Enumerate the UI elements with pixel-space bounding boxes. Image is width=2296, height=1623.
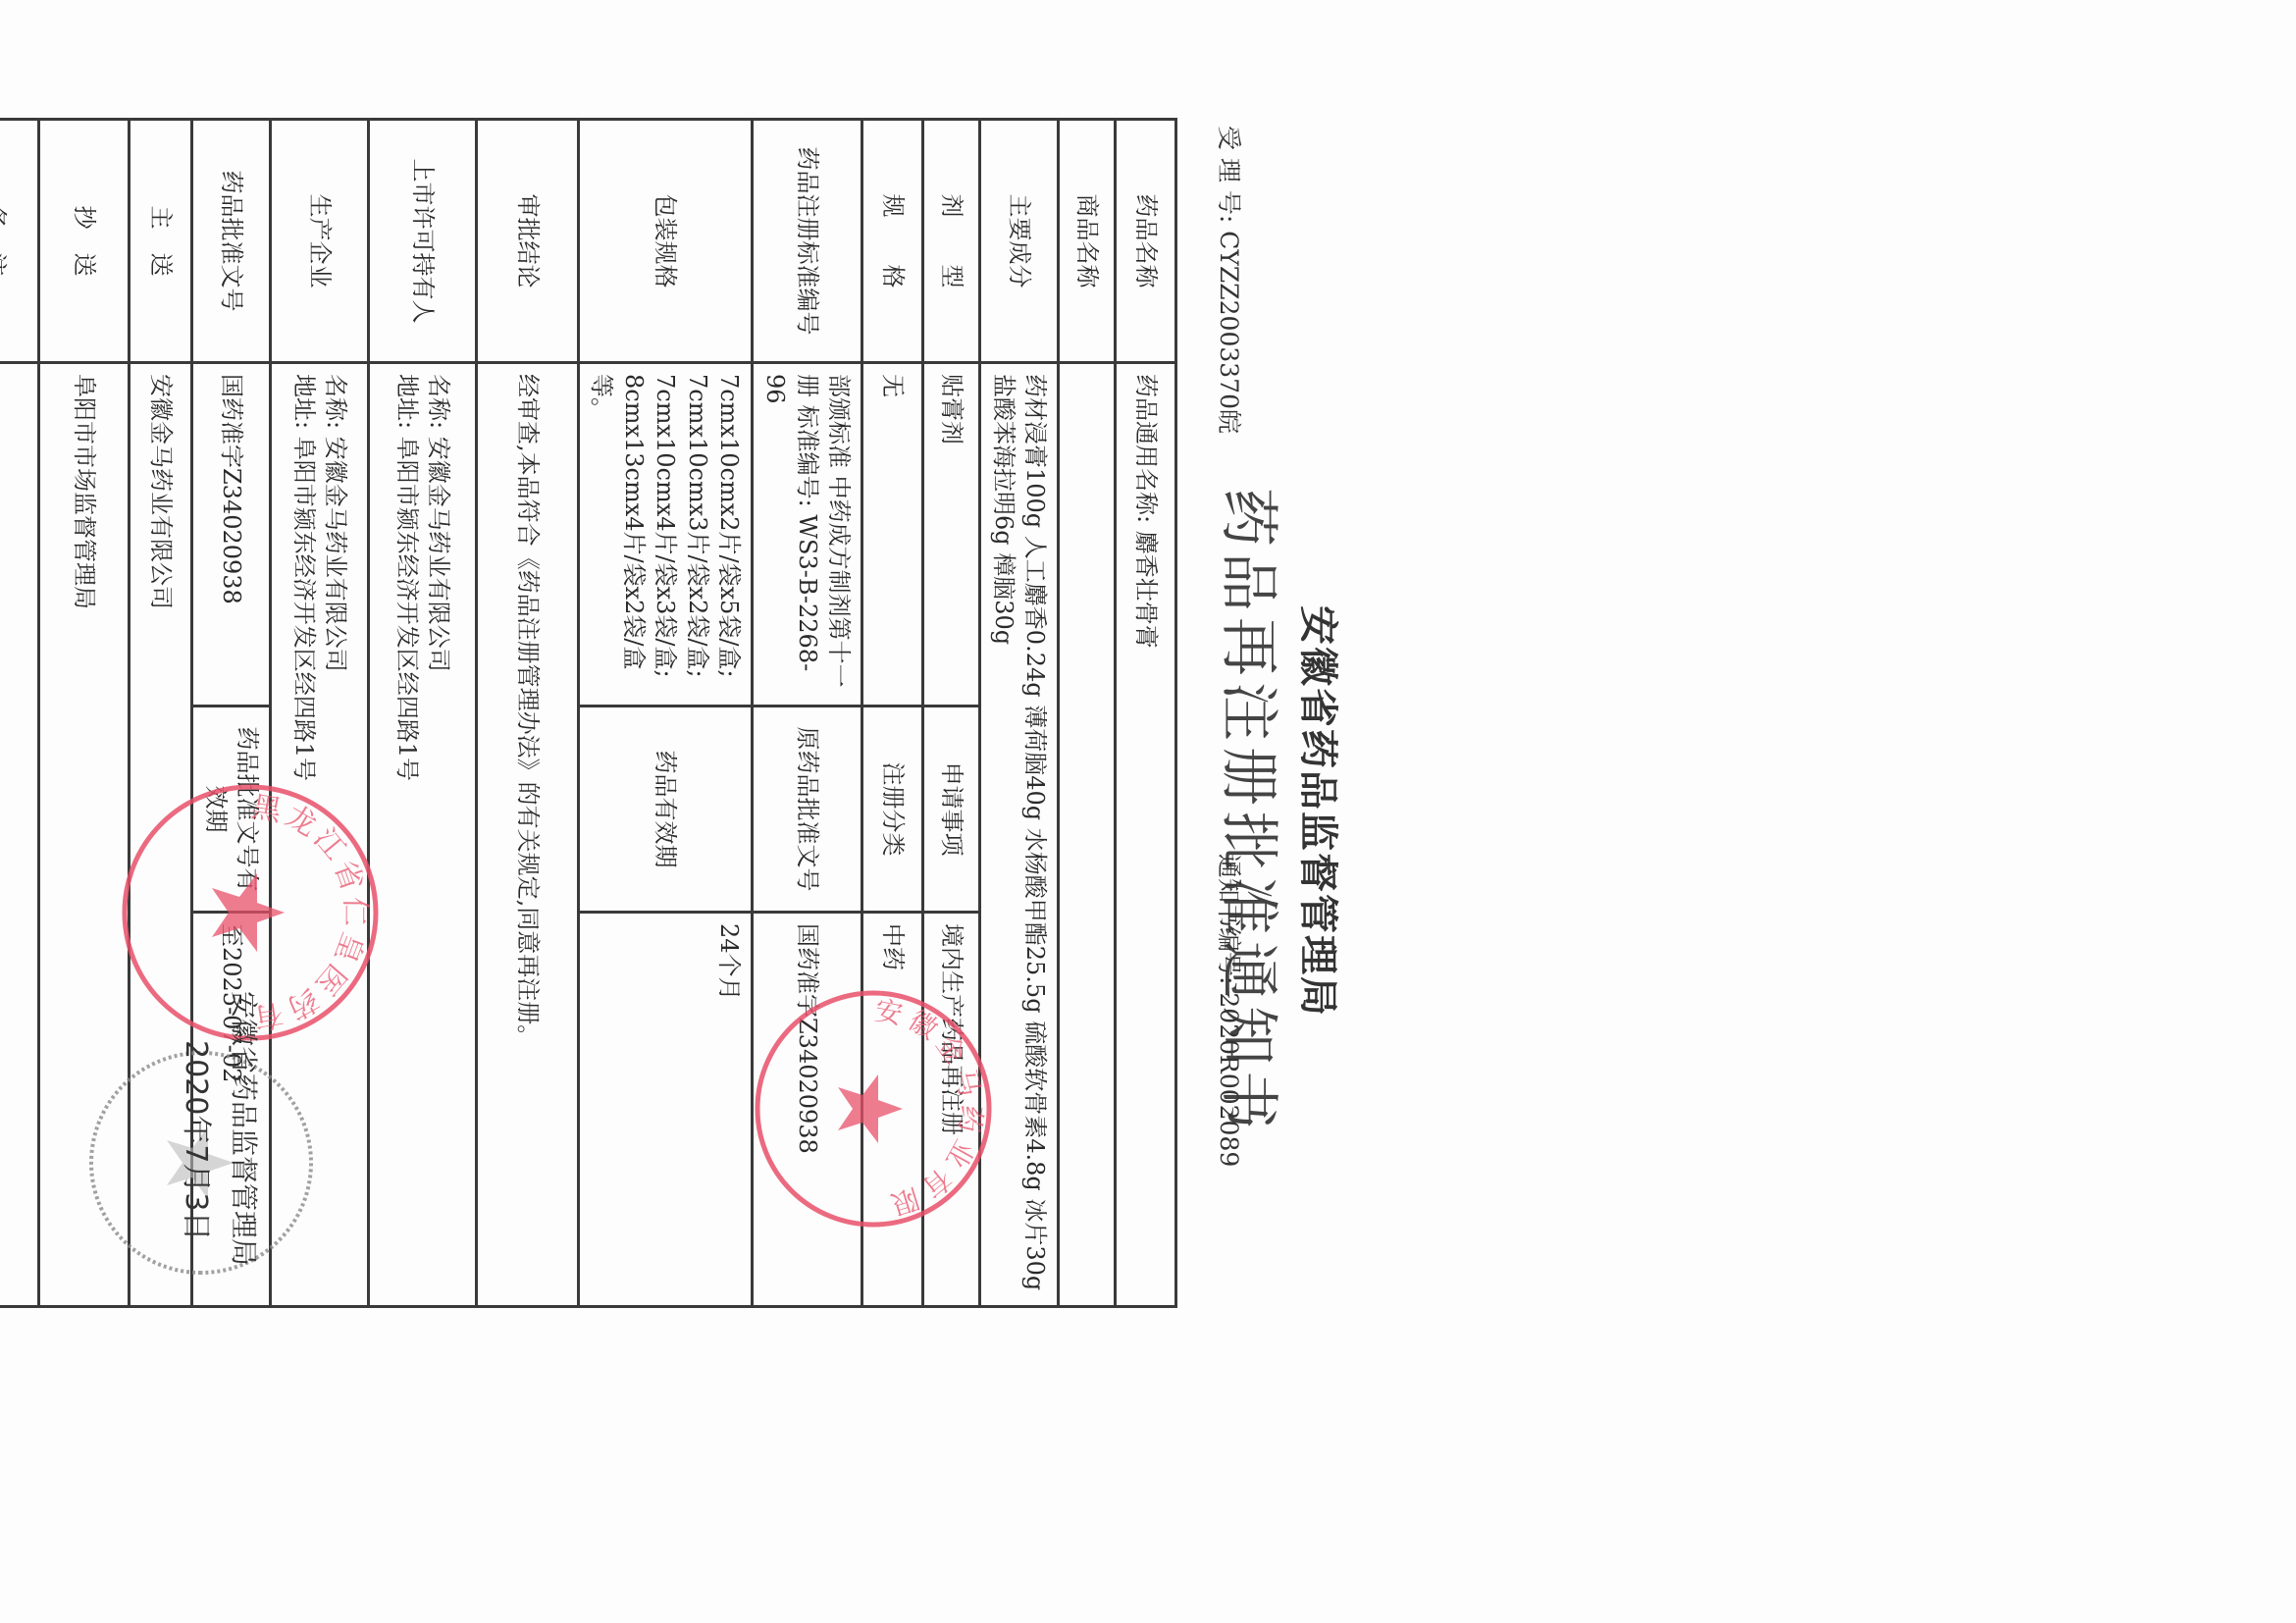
ingredients-value: 药材浸膏100g 人工麝香0.24g 薄荷脑40g 水杨酸甲酯25.5g 硫酸软… bbox=[980, 363, 1059, 1307]
table-row: 备 注 bbox=[0, 120, 39, 1307]
original-approval-no-label: 原药品批准文号 bbox=[753, 707, 862, 913]
mah-value: 名称: 安徽金马药业有限公司 地址: 阜阳市颍东经济开发区经四路1号 bbox=[369, 363, 477, 1307]
official-seal-org: 安徽省药品监督管理局 bbox=[226, 991, 265, 1266]
approval-validity-label: 药品批准文号有效期 bbox=[192, 707, 271, 913]
table-row: 包装规格 7cmx10cmx2片/袋x5袋/盒; 7cmx10cmx3片/袋x2… bbox=[579, 120, 753, 1307]
packaging-label: 包装规格 bbox=[579, 120, 753, 363]
dosage-form-label: 剂 型 bbox=[923, 120, 980, 363]
table-row: 药品注册标准编号 部颁标准 中药成方制剂第十一册 标准编号: WS3-B-226… bbox=[753, 120, 862, 1307]
cc-label: 抄 送 bbox=[39, 120, 130, 363]
issuing-agency: 安徽省药品监督管理局 bbox=[1293, 0, 1349, 1623]
original-approval-no-value: 国药准字Z34020938 bbox=[753, 913, 862, 1307]
trade-name-value bbox=[1059, 363, 1116, 1307]
approval-table: 药品名称 药品通用名称: 麝香壮骨膏 商品名称 主要成分 药材浸膏100g 人工… bbox=[0, 118, 1177, 1308]
drug-name-value: 药品通用名称: 麝香壮骨膏 bbox=[1116, 363, 1176, 1307]
manufacturer-value: 名称: 安徽金马药业有限公司 地址: 阜阳市颍东经济开发区经四路1号 bbox=[271, 363, 369, 1307]
acceptance-value: CYZZ2003370皖 bbox=[1215, 231, 1243, 434]
table-row: 审批结论 经审查,本品符合《药品注册管理办法》的有关规定,同意再注册。 bbox=[477, 120, 579, 1307]
table-row: 生产企业 名称: 安徽金马药业有限公司 地址: 阜阳市颍东经济开发区经四路1号 bbox=[271, 120, 369, 1307]
table-row: 抄 送 阜阳市市场监督管理局 bbox=[39, 120, 130, 1307]
table-row: 商品名称 bbox=[1059, 120, 1116, 1307]
application-item-value: 境内生产药品再注册 bbox=[923, 913, 980, 1307]
standard-no-value: 部颁标准 中药成方制剂第十一册 标准编号: WS3-B-2268-96 bbox=[753, 363, 862, 707]
registration-category-label: 注册分类 bbox=[862, 707, 923, 913]
table-row: 上市许可持有人 名称: 安徽金马药业有限公司 地址: 阜阳市颍东经济开发区经四路… bbox=[369, 120, 477, 1307]
notice-label: 通知书编号: bbox=[1215, 854, 1243, 984]
cc-value: 阜阳市市场监督管理局 bbox=[39, 363, 130, 1307]
dosage-form-value: 贴膏剂 bbox=[923, 363, 980, 707]
mah-name: 名称: 安徽金马药业有限公司 bbox=[423, 374, 454, 1295]
table-row: 剂 型 贴膏剂 申请事项 境内生产药品再注册 bbox=[923, 120, 980, 1307]
approval-no-value: 国药准字Z34020938 bbox=[192, 363, 271, 707]
mah-label: 上市许可持有人 bbox=[369, 120, 477, 363]
table-row: 主要成分 药材浸膏100g 人工麝香0.24g 薄荷脑40g 水杨酸甲酯25.5… bbox=[980, 120, 1059, 1307]
registration-category-value: 中药 bbox=[862, 913, 923, 1307]
application-item-label: 申请事项 bbox=[923, 707, 980, 913]
main-recipient-label: 主 送 bbox=[130, 120, 192, 363]
remarks-value bbox=[0, 363, 39, 1307]
drug-name-label: 药品名称 bbox=[1116, 120, 1176, 363]
standard-no-label: 药品注册标准编号 bbox=[753, 120, 862, 363]
conclusion-value: 经审查,本品符合《药品注册管理办法》的有关规定,同意再注册。 bbox=[477, 363, 579, 1307]
packaging-value: 7cmx10cmx2片/袋x5袋/盒; 7cmx10cmx3片/袋x2袋/盒; … bbox=[579, 363, 753, 707]
mah-address: 地址: 阜阳市颍东经济开发区经四路1号 bbox=[391, 374, 422, 1295]
shelf-life-label: 药品有效期 bbox=[579, 707, 753, 913]
remarks-label: 备 注 bbox=[0, 120, 39, 363]
acceptance-number: 受 理 号: CYZZ2003370皖 bbox=[1213, 126, 1248, 434]
manufacturer-address: 地址: 阜阳市颍东经济开发区经四路1号 bbox=[287, 374, 319, 1295]
official-seal-date: 2020年7月3日 bbox=[178, 1040, 221, 1241]
specification-value: 无 bbox=[862, 363, 923, 707]
table-row: 药品名称 药品通用名称: 麝香壮骨膏 bbox=[1116, 120, 1176, 1307]
shelf-life-value: 24个月 bbox=[579, 913, 753, 1307]
notice-value: 2020R002089 bbox=[1215, 992, 1243, 1167]
acceptance-label: 受 理 号: bbox=[1215, 126, 1243, 223]
specification-label: 规 格 bbox=[862, 120, 923, 363]
ingredients-label: 主要成分 bbox=[980, 120, 1059, 363]
approval-no-label: 药品批准文号 bbox=[192, 120, 271, 363]
notice-number: 通知书编号: 2020R002089 bbox=[1213, 854, 1248, 1167]
manufacturer-label: 生产企业 bbox=[271, 120, 369, 363]
trade-name-label: 商品名称 bbox=[1059, 120, 1116, 363]
manufacturer-name: 名称: 安徽金马药业有限公司 bbox=[320, 374, 351, 1295]
conclusion-label: 审批结论 bbox=[477, 120, 579, 363]
table-row: 规 格 无 注册分类 中药 bbox=[862, 120, 923, 1307]
document-page: 安徽省药品监督管理局 药品再注册批准通知书 受 理 号: CYZZ2003370… bbox=[0, 0, 2296, 1623]
